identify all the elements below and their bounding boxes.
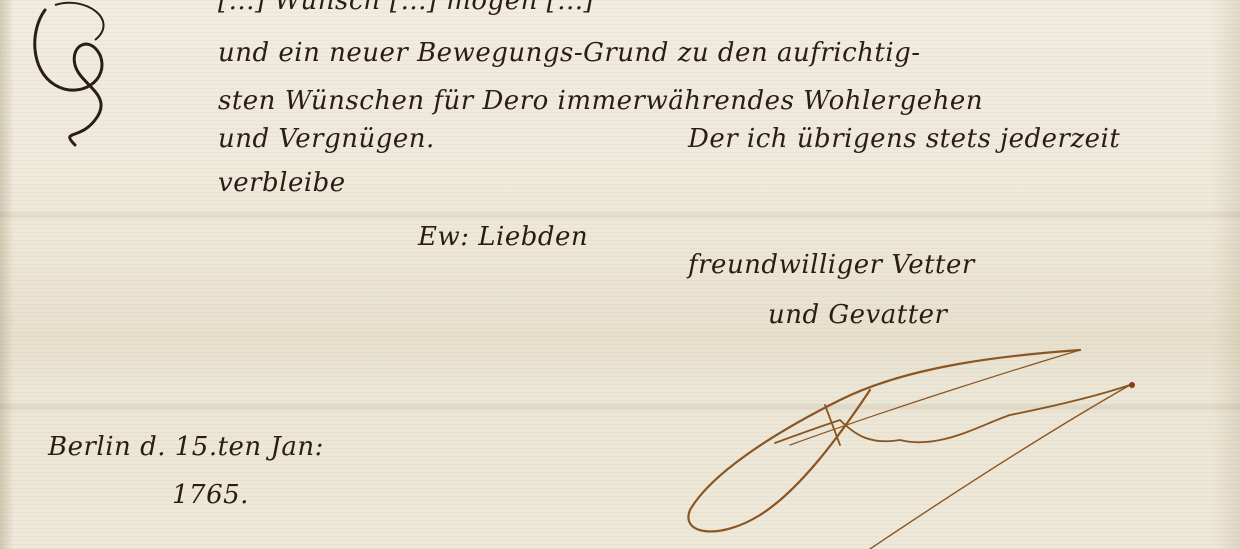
- paper-right-edge: [1212, 0, 1240, 549]
- body-line-3: und Vergnügen.: [218, 124, 435, 154]
- body-line-2: sten Wünschen für Dero immerwährendes Wo…: [218, 86, 983, 116]
- place-date-line-1: Berlin d. 15.ten Jan:: [48, 432, 324, 462]
- body-line-3-right: Der ich übrigens stets jederzeit: [688, 124, 1120, 154]
- body-line-4: verbleibe: [218, 168, 346, 198]
- closing-line-1: freundwilliger Vetter: [688, 250, 975, 280]
- paper-left-edge: [0, 0, 14, 549]
- paper-fold-upper: [0, 210, 1240, 220]
- initial-flourish-icon: [25, 0, 135, 150]
- signature-flourish-icon: [680, 345, 1150, 549]
- closing-line-2: und Gevatter: [768, 300, 947, 330]
- letter-page: [...] Wunsch [...] mögen [...] und ein n…: [0, 0, 1240, 549]
- body-line-1: und ein neuer Bewegungs-Grund zu den auf…: [218, 38, 921, 68]
- body-line-0: [...] Wunsch [...] mögen [...]: [218, 0, 594, 16]
- salutation: Ew: Liebden: [418, 222, 588, 252]
- place-date-line-2: 1765.: [172, 480, 249, 510]
